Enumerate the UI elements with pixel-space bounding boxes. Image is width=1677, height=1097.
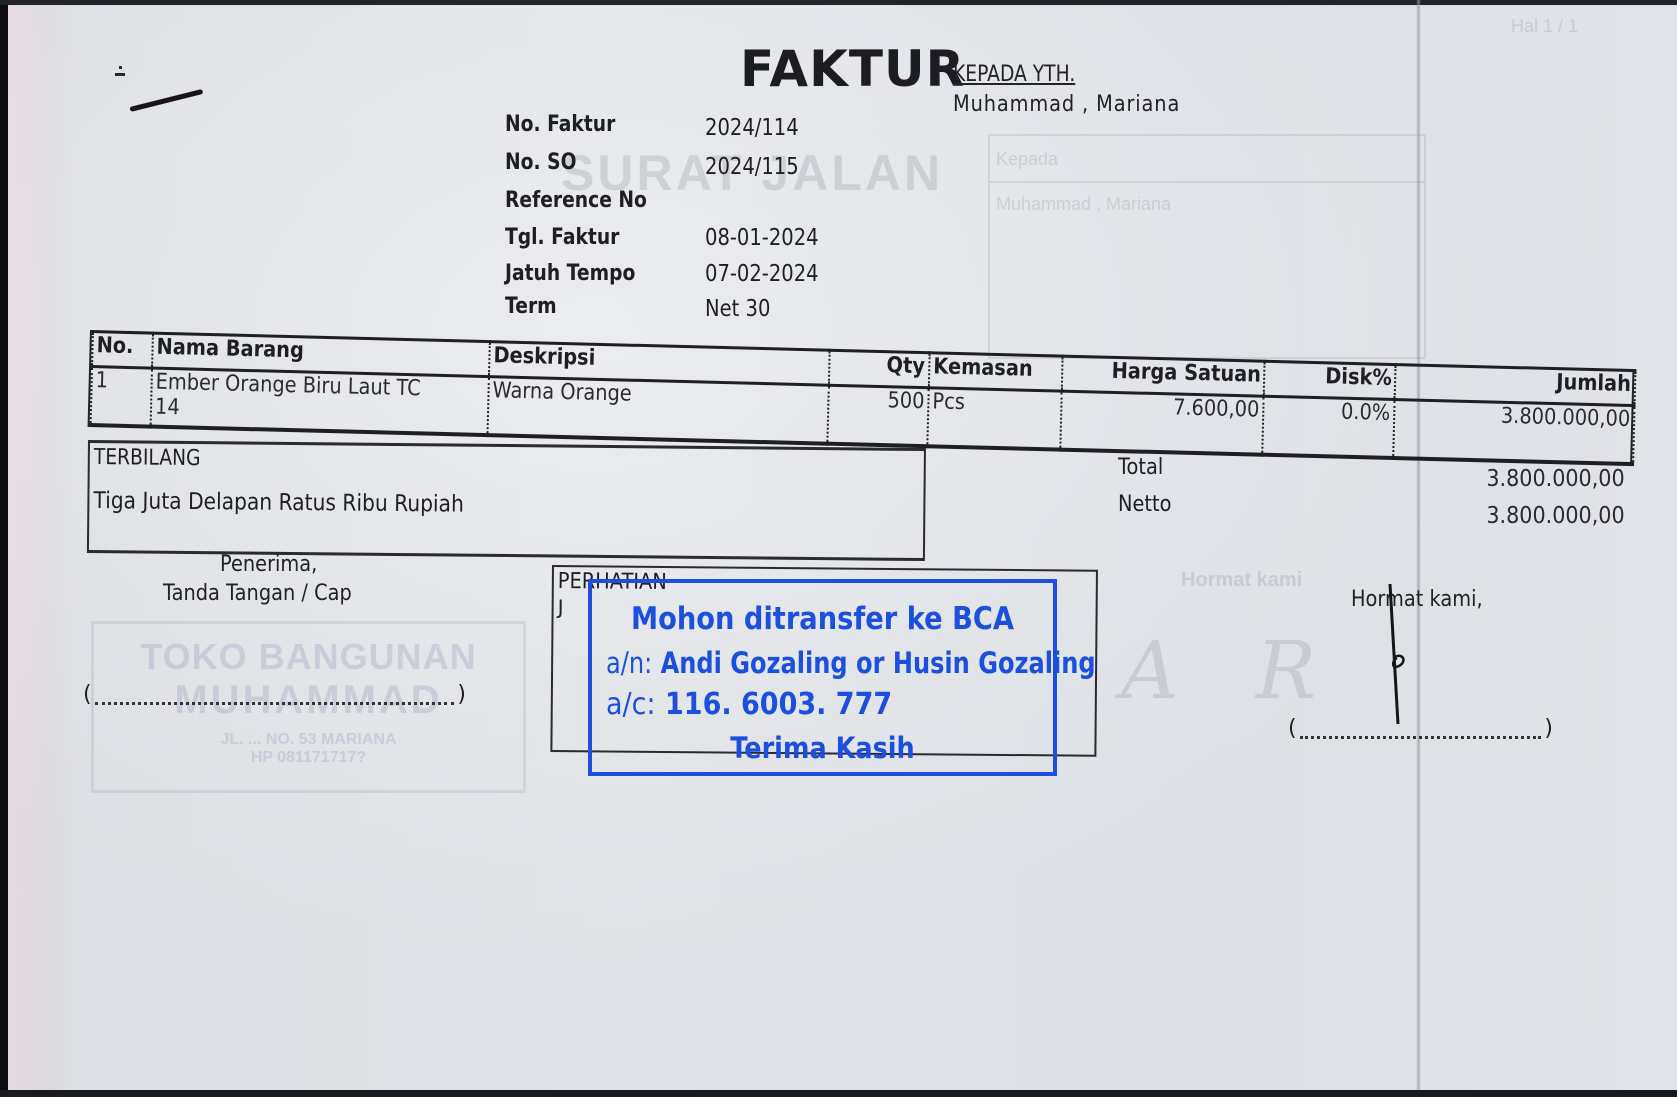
- ghost-kepada: Kepada: [996, 149, 1058, 170]
- recipient-name: Muhammad , Mariana: [953, 92, 1180, 117]
- meta-row-no-so: No. SO 2024/115: [0, 150, 900, 180]
- header-qty: Qty: [829, 350, 930, 388]
- header-disk: Disk%: [1264, 361, 1396, 399]
- cell-disk: 0.0%: [1263, 396, 1395, 457]
- bank-transfer-stamp: Mohon ditransfer ke BCA a/n: Andi Gozali…: [588, 579, 1057, 776]
- ghost-signature-a: A: [1121, 624, 1179, 717]
- meta-label: No. SO: [505, 150, 576, 175]
- header-harga-satuan: Harga Satuan: [1062, 356, 1265, 396]
- scan-bottom-edge: [0, 1090, 1677, 1097]
- recipient-label: KEPADA YTH.: [953, 62, 1075, 87]
- meta-row-tgl-faktur: Tgl. Faktur 08-01-2024: [0, 225, 900, 255]
- meta-label: Jatuh Tempo: [505, 261, 635, 286]
- header-kemasan: Kemasan: [928, 353, 1063, 391]
- stamp-transfer-instruction: Mohon ditransfer ke BCA: [620, 601, 1026, 637]
- cell-jumlah: 3.800.000,00: [1393, 400, 1634, 464]
- pen-mark-dash: [115, 73, 125, 76]
- meta-value: 08-01-2024: [705, 225, 819, 251]
- meta-row-term: Term Net 30: [0, 294, 900, 324]
- netto-label: Netto: [1118, 492, 1171, 517]
- meta-value: 07-02-2024: [705, 261, 819, 287]
- total-value: 3.800.000,00: [1487, 466, 1625, 492]
- meta-value: Net 30: [705, 296, 770, 322]
- ghost-page-number: Hal 1 / 1: [1511, 16, 1578, 37]
- receiver-label: Penerima,: [220, 552, 317, 577]
- meta-row-no-faktur: No. Faktur 2024/114: [0, 112, 900, 142]
- pen-mark-dot: [119, 66, 122, 69]
- ghost-hormat: Hormat kami: [1181, 569, 1302, 592]
- meta-label: Tgl. Faktur: [505, 225, 619, 250]
- stamp-account-name: a/n: Andi Gozaling or Husin Gozaling: [606, 646, 1096, 680]
- sender-signature-line: ( ): [1288, 722, 1553, 744]
- stamp-account-number: a/c: 116. 6003. 777: [606, 687, 892, 722]
- cell-kemasan: Pcs: [927, 388, 1062, 449]
- stamp-thank-you: Terima Kasih: [620, 731, 1026, 765]
- netto-value: 3.800.000,00: [1487, 503, 1625, 529]
- total-label: Total: [1118, 455, 1163, 480]
- meta-row-reference-no: Reference No: [0, 188, 900, 218]
- cell-qty: 500: [827, 385, 928, 446]
- cell-no: 1: [91, 367, 152, 426]
- ghost-name: Muhammad , Mariana: [996, 194, 1171, 215]
- header-jumlah: Jumlah: [1395, 365, 1636, 406]
- meta-row-jatuh-tempo: Jatuh Tempo 07-02-2024: [0, 261, 900, 291]
- receiver-sign-label: Tanda Tangan / Cap: [163, 581, 352, 606]
- meta-label: Term: [505, 294, 557, 319]
- meta-label: Reference No: [505, 188, 647, 213]
- invoice-title: FAKTUR: [740, 40, 965, 98]
- cell-deskripsi: Warna Orange: [488, 377, 829, 444]
- cell-harga-satuan: 7.600,00: [1061, 391, 1264, 454]
- meta-value: 2024/115: [705, 154, 799, 180]
- header-no: No.: [92, 332, 153, 369]
- handwritten-signature-icon: [1380, 582, 1420, 732]
- scan-top-edge: [0, 0, 1677, 5]
- cell-nama-barang: Ember Orange Biru Laut TC 14: [151, 368, 490, 435]
- terbilang-text: Tiga Juta Delapan Ratus Ribu Rupiah: [93, 488, 464, 518]
- receiver-signature-line: ( ): [83, 688, 466, 710]
- terbilang-label: TERBILANG: [94, 445, 201, 471]
- meta-value: 2024/114: [705, 115, 799, 141]
- ghost-signature-b: R: [1256, 624, 1316, 717]
- meta-label: No. Faktur: [505, 112, 615, 137]
- terbilang-box: TERBILANG Tiga Juta Delapan Ratus Ribu R…: [87, 440, 926, 561]
- paper-fold-line: [1416, 0, 1421, 1090]
- perhatian-note: J: [558, 595, 564, 619]
